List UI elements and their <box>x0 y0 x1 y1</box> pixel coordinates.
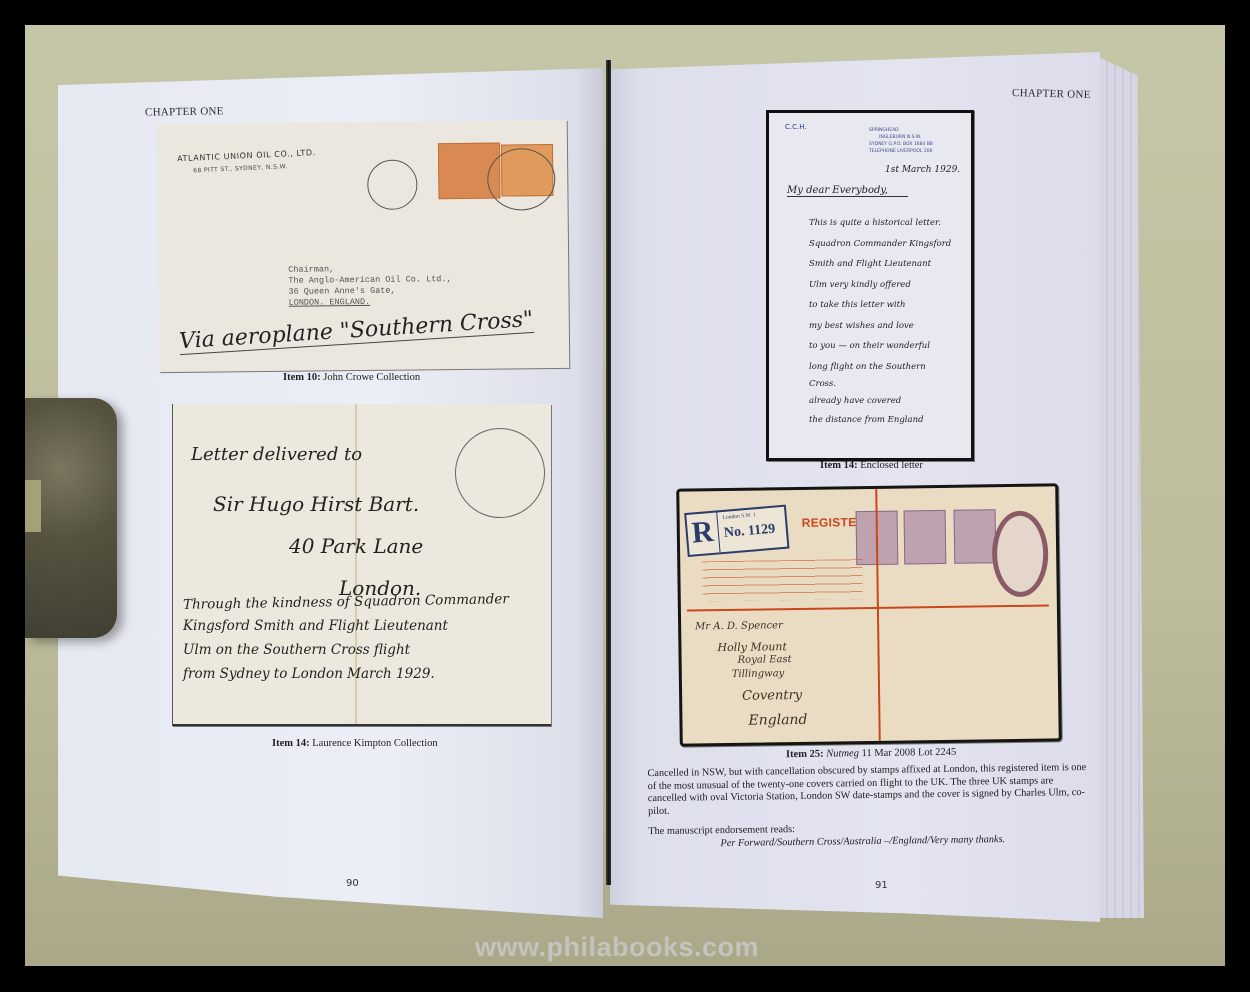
hand-line: Sir Hugo Hirst Bart. <box>213 492 419 516</box>
letter-line: Smith and Flight Lieutenant <box>809 254 951 275</box>
item-10-cover: ATLANTIC UNION OIL CO., LTD. 68 PITT ST.… <box>157 120 570 372</box>
uk-stamp-2 <box>904 510 947 565</box>
caption-text: John Crowe Collection <box>321 372 420 383</box>
letter-line: Cross. <box>809 377 951 391</box>
letterhead-block: SPRINGHEAD INGLEBURN N.S.W. SYDNEY G.P.O… <box>869 127 933 155</box>
caption-label: Item 25: <box>786 749 824 761</box>
registration-label: R London S.W. 1 No. 1129 <box>684 505 789 557</box>
caption-label: Item 14: <box>820 460 858 471</box>
address-line: Holly Mount <box>717 640 787 654</box>
postmark-richmond <box>455 428 545 518</box>
right-page-number: 91 <box>875 880 888 891</box>
letterhead-line: SPRINGHEAD <box>869 127 933 134</box>
enclosed-letter: C.C.H. SPRINGHEAD INGLEBURN N.S.W. SYDNE… <box>766 110 974 461</box>
item-14-cover: Letter delivered to Sir Hugo Hirst Bart.… <box>172 404 551 726</box>
caption-italic: Nutmeg <box>824 748 859 759</box>
stone-notch <box>25 480 41 532</box>
address-line: Coventry <box>742 688 802 704</box>
registration-r: R <box>690 515 714 551</box>
letter-line: my best wishes and love <box>809 316 951 337</box>
handwritten-via-aeroplane: Via aeroplane "Southern Cross" <box>178 307 534 355</box>
address-line: England <box>748 712 807 729</box>
letter-line: to you — on their wonderful <box>809 336 951 357</box>
description-paragraph: Cancelled in NSW, but with cancellation … <box>647 762 1088 818</box>
letter-line: the distance from England <box>809 411 951 429</box>
book-gutter <box>606 60 611 885</box>
letterhead-address: 68 PITT ST., SYDNEY, N.S.W. <box>193 163 288 174</box>
right-page-header: CHAPTER ONE <box>1012 87 1091 101</box>
letter-body: This is quite a historical letter. Squad… <box>809 213 951 429</box>
letter-line: Ulm very kindly offered <box>809 275 951 296</box>
embossed-stamp <box>992 510 1049 597</box>
watermark: www.philabooks.com <box>475 932 759 963</box>
registration-office: London S.W. 1 <box>722 512 755 521</box>
hand-line: 40 Park Lane <box>289 534 423 558</box>
left-page-number: 90 <box>346 878 359 889</box>
letter-salutation: My dear Everybody, <box>787 185 908 197</box>
letter-initials: C.C.H. <box>785 123 807 131</box>
letterhead-line: SYDNEY G.P.O. BOX 1684 BB <box>869 141 933 148</box>
item-25-registered-envelope: R London S.W. 1 No. 1129 REGISTERED Mr A… <box>676 483 1062 746</box>
book-photo: CHAPTER ONE ATLANTIC UNION OIL CO., LTD.… <box>0 0 1250 992</box>
page-edges <box>1100 58 1144 918</box>
address-line: Royal East <box>738 654 792 666</box>
letter-line: long flight on the Southern <box>809 357 951 378</box>
letter-line: This is quite a historical letter. <box>809 213 951 234</box>
hand-line: Letter delivered to <box>191 444 362 465</box>
caption-text: Laurence Kimpton Collection <box>310 738 438 749</box>
caption-label: Item 14: <box>272 738 310 749</box>
stone-weight <box>25 398 117 638</box>
uk-stamp-3 <box>954 509 997 564</box>
letterhead-company: ATLANTIC UNION OIL CO., LTD. <box>177 148 316 163</box>
postmark-nsw <box>487 148 556 211</box>
address-line: Mr A. D. Spencer <box>695 620 783 632</box>
item-14-caption: Item 14: Laurence Kimpton Collection <box>272 738 438 749</box>
letter-line: already have covered <box>809 391 951 411</box>
letter-line: to take this letter with <box>809 295 951 316</box>
hand-line: Through the kindness of Squadron Command… <box>183 591 509 613</box>
description-text: Cancelled in NSW, but with cancellation … <box>647 762 1088 851</box>
caption-text: 11 Mar 2008 Lot 2245 <box>859 747 956 759</box>
registration-number: No. 1129 <box>723 522 776 542</box>
enclosed-letter-caption: Item 14: Enclosed letter <box>820 460 923 471</box>
letterhead-line: TELEPHONE LIVERPOOL 206 <box>869 148 933 155</box>
registration-divider <box>716 512 720 552</box>
address-line: Tillingway <box>732 668 785 680</box>
letter-line: Squadron Commander Kingsford <box>809 234 951 255</box>
printed-instructions <box>702 559 863 601</box>
red-cross-horizontal <box>687 604 1049 611</box>
letter-date: 1st March 1929. <box>885 165 960 175</box>
caption-text: Enclosed letter <box>858 460 923 471</box>
left-page-header: CHAPTER ONE <box>145 105 224 118</box>
hand-line: from Sydney to London March 1929. <box>183 666 435 682</box>
typed-address: Chairman, The Anglo-American Oil Co. Ltd… <box>288 263 452 309</box>
address-line: LONDON. ENGLAND. <box>289 296 452 309</box>
postmark-circle <box>367 159 418 210</box>
hand-line: Ulm on the Southern Cross flight <box>183 642 410 658</box>
address-line: The Anglo-American Oil Co. Ltd., <box>288 274 451 287</box>
letterhead-line: INGLEBURN N.S.W. <box>869 134 933 141</box>
caption-label: Item 10: <box>283 372 321 383</box>
item-10-caption: Item 10: John Crowe Collection <box>283 372 420 383</box>
hand-line: Kingsford Smith and Flight Lieutenant <box>183 618 448 634</box>
